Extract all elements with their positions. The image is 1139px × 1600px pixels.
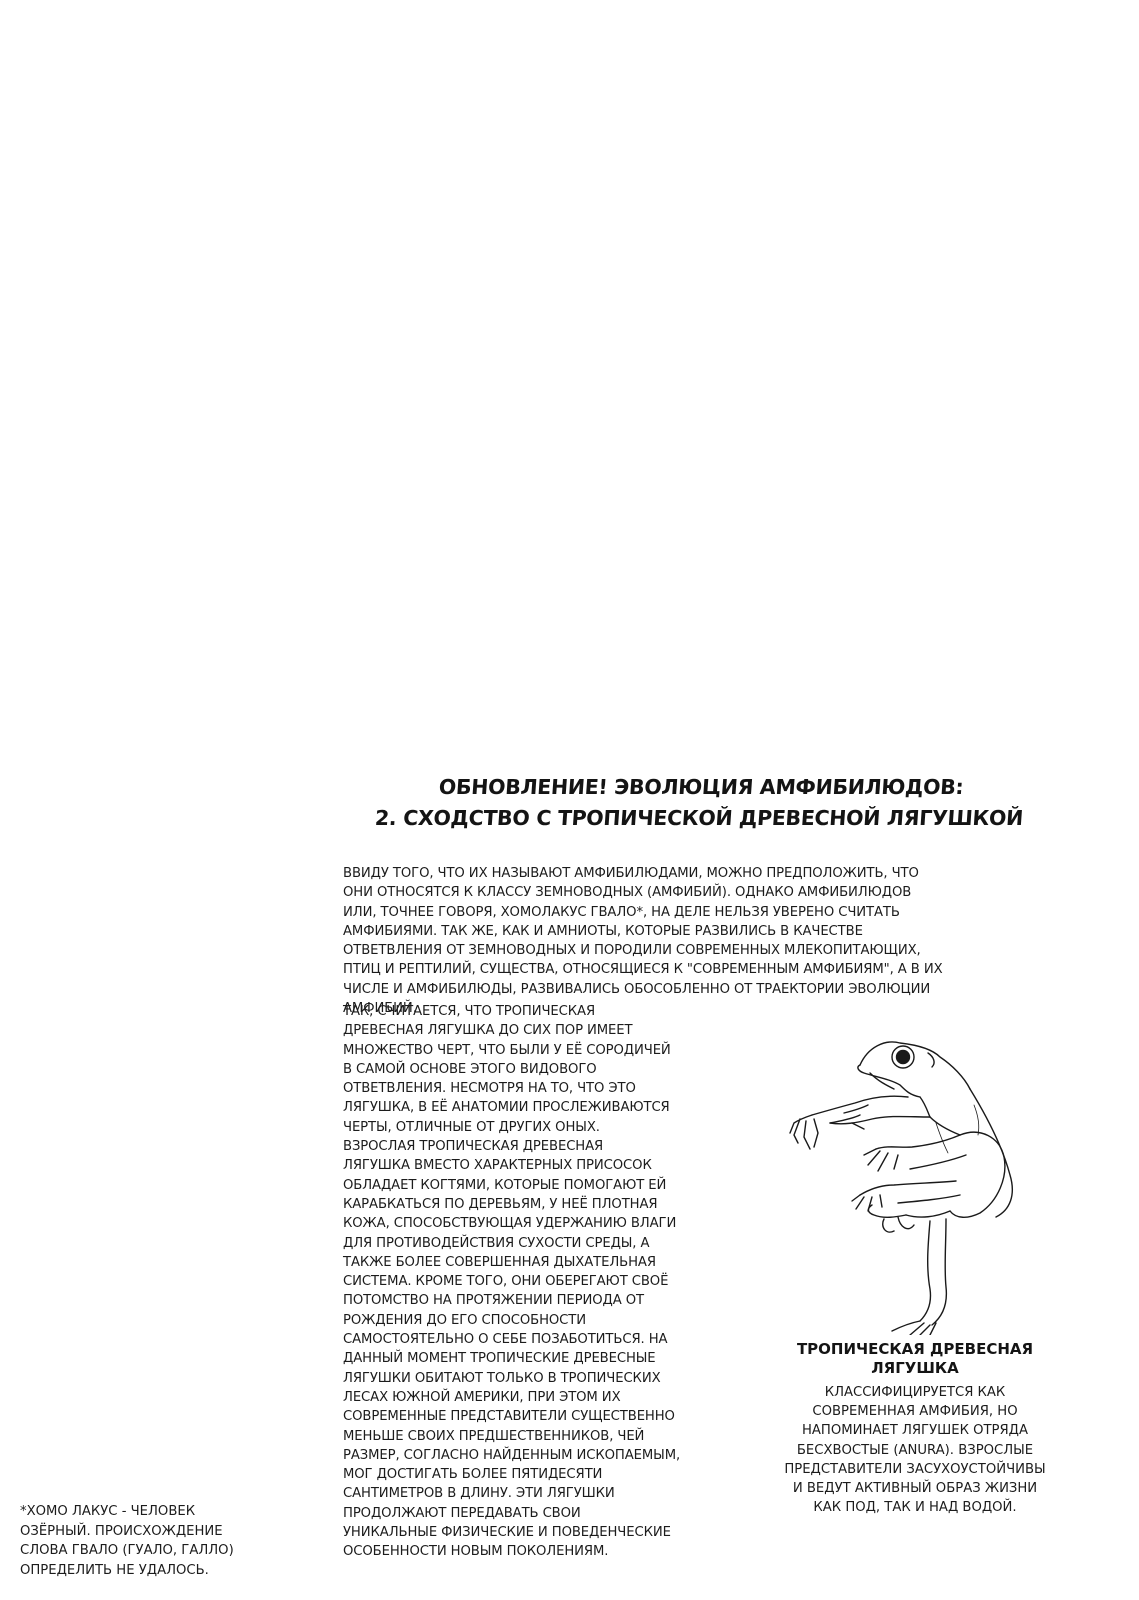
caption-line: СОВРЕМЕННАЯ АМФИБИЯ, НО <box>770 1402 1060 1421</box>
caption-title-line: ЛЯГУШКА <box>770 1359 1060 1378</box>
intro-paragraph: ВВИДУ ТОГО, ЧТО ИХ НАЗЫВАЮТ АМФИБИЛЮДАМИ… <box>343 864 1058 1018</box>
text-line: СИСТЕМА. КРОМЕ ТОГО, ОНИ ОБЕРЕГАЮТ СВОЁ <box>343 1272 738 1291</box>
text-line: ПОТОМСТВО НА ПРОТЯЖЕНИИ ПЕРИОДА ОТ <box>343 1291 738 1310</box>
text-line: РОЖДЕНИЯ ДО ЕГО СПОСОБНОСТИ <box>343 1311 738 1330</box>
title-line-1: ОБНОВЛЕНИЕ! ЭВОЛЮЦИЯ АМФИБИЛЮДОВ: <box>340 772 1062 803</box>
caption-line: И ВЕДУТ АКТИВНЫЙ ОБРАЗ ЖИЗНИ <box>770 1479 1060 1498</box>
text-line: ВЗРОСЛАЯ ТРОПИЧЕСКАЯ ДРЕВЕСНАЯ <box>343 1137 738 1156</box>
text-line: ОТВЕТВЛЕНИЯ ОТ ЗЕМНОВОДНЫХ И ПОРОДИЛИ СО… <box>343 941 1058 960</box>
text-line: САНТИМЕТРОВ В ДЛИНУ. ЭТИ ЛЯГУШКИ <box>343 1484 738 1503</box>
text-line: МЕНЬШЕ СВОИХ ПРЕДШЕСТВЕННИКОВ, ЧЕЙ <box>343 1427 738 1446</box>
text-line: ОСОБЕННОСТИ НОВЫМ ПОКОЛЕНИЯМ. <box>343 1542 738 1561</box>
text-line: ДАННЫЙ МОМЕНТ ТРОПИЧЕСКИЕ ДРЕВЕСНЫЕ <box>343 1349 738 1368</box>
caption-line: НАПОМИНАЕТ ЛЯГУШЕК ОТРЯДА <box>770 1421 1060 1440</box>
text-line: ЛЯГУШКА ВМЕСТО ХАРАКТЕРНЫХ ПРИСОСОК <box>343 1156 738 1175</box>
text-line: ДЛЯ ПРОТИВОДЕЙСТВИЯ СУХОСТИ СРЕДЫ, А <box>343 1234 738 1253</box>
text-line: ПТИЦ И РЕПТИЛИЙ, СУЩЕСТВА, ОТНОСЯЩИЕСЯ К… <box>343 960 1058 979</box>
text-line: ЛЕСАХ ЮЖНОЙ АМЕРИКИ, ПРИ ЭТОМ ИХ <box>343 1388 738 1407</box>
text-line: В САМОЙ ОСНОВЕ ЭТОГО ВИДОВОГО <box>343 1060 738 1079</box>
text-line: ЛЯГУШКА, В ЕЁ АНАТОМИИ ПРОСЛЕЖИВАЮТСЯ <box>343 1098 738 1117</box>
footnote-line: СЛОВА ГВАЛО (ГУАЛО, ГАЛЛО) <box>20 1541 280 1561</box>
text-line: ПРОДОЛЖАЮТ ПЕРЕДАВАТЬ СВОИ <box>343 1504 738 1523</box>
illustration-caption-body: КЛАССИФИЦИРУЕТСЯ КАК СОВРЕМЕННАЯ АМФИБИЯ… <box>770 1383 1060 1517</box>
footnote-line: *ХОМО ЛАКУС - ЧЕЛОВЕК <box>20 1502 280 1522</box>
text-line: ОБЛАДАЕТ КОГТЯМИ, КОТОРЫЕ ПОМОГАЮТ ЕЙ <box>343 1176 738 1195</box>
caption-line: ПРЕДСТАВИТЕЛИ ЗАСУХОУСТОЙЧИВЫ <box>770 1460 1060 1479</box>
text-line: СОВРЕМЕННЫЕ ПРЕДСТАВИТЕЛИ СУЩЕСТВЕННО <box>343 1407 738 1426</box>
caption-line: БЕСХВОСТЫЕ (ANURA). ВЗРОСЛЫЕ <box>770 1441 1060 1460</box>
text-line: САМОСТОЯТЕЛЬНО О СЕБЕ ПОЗАБОТИТЬСЯ. НА <box>343 1330 738 1349</box>
text-line: ЧЕРТЫ, ОТЛИЧНЫЕ ОТ ДРУГИХ ОНЫХ. <box>343 1118 738 1137</box>
text-line: ВВИДУ ТОГО, ЧТО ИХ НАЗЫВАЮТ АМФИБИЛЮДАМИ… <box>343 864 1058 883</box>
text-line: КАРАБКАТЬСЯ ПО ДЕРЕВЬЯМ, У НЕЁ ПЛОТНАЯ <box>343 1195 738 1214</box>
body-paragraph: ТАК, СЧИТАЕТСЯ, ЧТО ТРОПИЧЕСКАЯ ДРЕВЕСНА… <box>343 1002 738 1562</box>
text-line: МНОЖЕСТВО ЧЕРТ, ЧТО БЫЛИ У ЕЁ СОРОДИЧЕЙ <box>343 1041 738 1060</box>
text-line: ИЛИ, ТОЧНЕЕ ГОВОРЯ, ХОМОЛАКУС ГВАЛО*, НА… <box>343 903 1058 922</box>
text-line: РАЗМЕР, СОГЛАСНО НАЙДЕННЫМ ИСКОПАЕМЫМ, <box>343 1446 738 1465</box>
caption-line: КЛАССИФИЦИРУЕТСЯ КАК <box>770 1383 1060 1402</box>
caption-line: КАК ПОД, ТАК И НАД ВОДОЙ. <box>770 1498 1060 1517</box>
illustration-caption-title: ТРОПИЧЕСКАЯ ДРЕВЕСНАЯ ЛЯГУШКА <box>770 1340 1060 1377</box>
text-line: ОТВЕТВЛЕНИЯ. НЕСМОТРЯ НА ТО, ЧТО ЭТО <box>343 1079 738 1098</box>
tree-frog-illustration <box>760 1005 1030 1335</box>
text-line: УНИКАЛЬНЫЕ ФИЗИЧЕСКИЕ И ПОВЕДЕНЧЕСКИЕ <box>343 1523 738 1542</box>
text-line: ОНИ ОТНОСЯТСЯ К КЛАССУ ЗЕМНОВОДНЫХ (АМФИ… <box>343 883 1058 902</box>
text-line: АМФИБИЯМИ. ТАК ЖЕ, КАК И АМНИОТЫ, КОТОРЫ… <box>343 922 1058 941</box>
text-line: КОЖА, СПОСОБСТВУЮЩАЯ УДЕРЖАНИЮ ВЛАГИ <box>343 1214 738 1233</box>
text-line: ЛЯГУШКИ ОБИТАЮТ ТОЛЬКО В ТРОПИЧЕСКИХ <box>343 1369 738 1388</box>
footnote-line: ОЗЁРНЫЙ. ПРОИСХОЖДЕНИЕ <box>20 1522 280 1542</box>
article-title: ОБНОВЛЕНИЕ! ЭВОЛЮЦИЯ АМФИБИЛЮДОВ: 2. СХО… <box>338 772 1062 834</box>
text-line: ДРЕВЕСНАЯ ЛЯГУШКА ДО СИХ ПОР ИМЕЕТ <box>343 1021 738 1040</box>
text-line: ЧИСЛЕ И АМФИБИЛЮДЫ, РАЗВИВАЛИСЬ ОБОСОБЛЕ… <box>343 980 1058 999</box>
footnote: *ХОМО ЛАКУС - ЧЕЛОВЕК ОЗЁРНЫЙ. ПРОИСХОЖД… <box>20 1502 280 1580</box>
caption-title-line: ТРОПИЧЕСКАЯ ДРЕВЕСНАЯ <box>770 1340 1060 1359</box>
text-line: ТАКЖЕ БОЛЕЕ СОВЕРШЕННАЯ ДЫХАТЕЛЬНАЯ <box>343 1253 738 1272</box>
text-line: МОГ ДОСТИГАТЬ БОЛЕЕ ПЯТИДЕСЯТИ <box>343 1465 738 1484</box>
footnote-line: ОПРЕДЕЛИТЬ НЕ УДАЛОСЬ. <box>20 1561 280 1581</box>
text-line: ТАК, СЧИТАЕТСЯ, ЧТО ТРОПИЧЕСКАЯ <box>343 1002 738 1021</box>
title-line-2: 2. СХОДСТВО С ТРОПИЧЕСКОЙ ДРЕВЕСНОЙ ЛЯГУ… <box>338 803 1060 834</box>
